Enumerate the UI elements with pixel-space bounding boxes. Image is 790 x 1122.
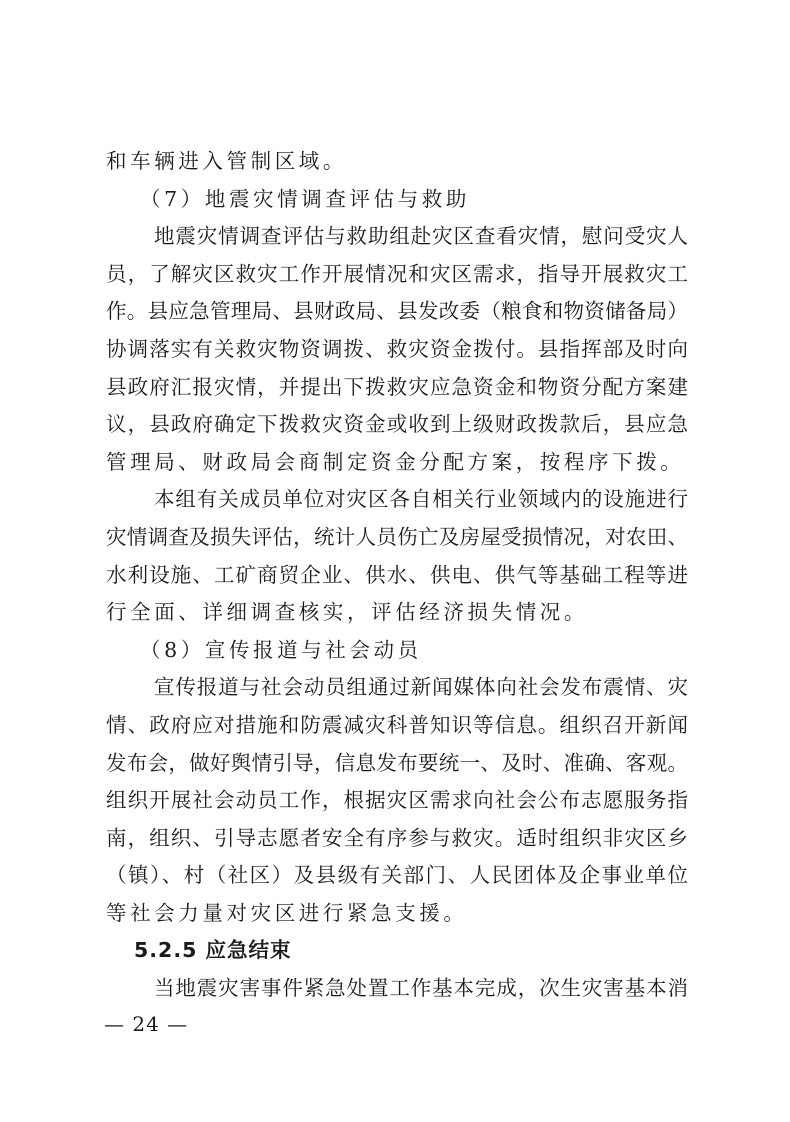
paragraph-line: 等社会力量对灾区进行紧急支援。 xyxy=(106,895,688,933)
paragraph-line: 当地震灾害事件紧急处置工作基本完成，次生灾害基本消 xyxy=(106,970,688,1008)
paragraph-line: （镇）、村（社区）及县级有关部门、人民团体及企事业单位 xyxy=(106,857,688,895)
body-text-line: 和车辆进入管制区域。 xyxy=(106,143,688,181)
paragraph-line: 情、政府应对措施和防震减灾科普知识等信息。组织召开新闻 xyxy=(106,707,688,745)
paragraph-line: 组织开展社会动员工作，根据灾区需求向社会公布志愿服务指 xyxy=(106,782,688,820)
section-subheading-8: （8）宣传报道与社会动员 xyxy=(106,632,688,670)
paragraph-line: 发布会，做好舆情引导，信息发布要统一、及时、准确、客观。 xyxy=(106,745,688,783)
paragraph-line: 地震灾情调查评估与救助组赴灾区查看灾情，慰问受灾人 xyxy=(106,218,688,256)
paragraph-line: 南，组织、引导志愿者安全有序参与救灾。适时组织非灾区乡 xyxy=(106,820,688,858)
paragraph-line: 作。县应急管理局、县财政局、县发改委（粮食和物资储备局） xyxy=(106,293,688,331)
paragraph-line: 行全面、详细调查核实，评估经济损失情况。 xyxy=(106,594,688,632)
page-number: — 24 — xyxy=(104,1012,188,1036)
paragraph-line: 员，了解灾区救灾工作开展情况和灾区需求，指导开展救灾工 xyxy=(106,256,688,294)
paragraph-line: 议，县政府确定下拨救灾资金或收到上级财政拨款后，县应急 xyxy=(106,406,688,444)
paragraph-line: 水利设施、工矿商贸企业、供水、供电、供气等基础工程等进 xyxy=(106,557,688,595)
section-heading-5-2-5: 5.2.5 应急结束 xyxy=(106,932,688,970)
paragraph-line: 灾情调查及损失评估，统计人员伤亡及房屋受损情况，对农田、 xyxy=(106,519,688,557)
paragraph-line: 协调落实有关救灾物资调拨、救灾资金拨付。县指挥部及时向 xyxy=(106,331,688,369)
section-subheading-7: （7）地震灾情调查评估与救助 xyxy=(106,181,688,219)
document-body: 和车辆进入管制区域。 （7）地震灾情调查评估与救助 地震灾情调查评估与救助组赴灾… xyxy=(106,143,688,1008)
paragraph-line: 县政府汇报灾情，并提出下拨救灾应急资金和物资分配方案建 xyxy=(106,369,688,407)
paragraph-line: 宣传报道与社会动员组通过新闻媒体向社会发布震情、灾 xyxy=(106,669,688,707)
paragraph-line: 管理局、财政局会商制定资金分配方案，按程序下拨。 xyxy=(106,444,688,482)
paragraph-line: 本组有关成员单位对灾区各自相关行业领域内的设施进行 xyxy=(106,481,688,519)
